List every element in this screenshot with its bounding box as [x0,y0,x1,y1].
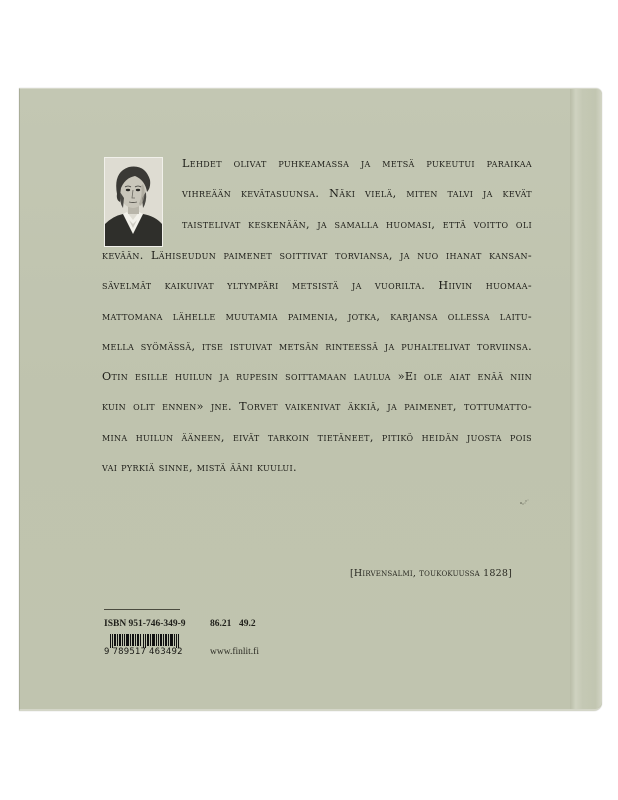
passage-line: kuin olit ennen» jne. Torvet vaikenivat … [102,399,532,429]
isbn-label: ISBN 951-746-349-9 [104,619,186,629]
passage-line: taistelivat keskenään, ja samalla huomas… [182,217,532,247]
passage-signature: [Hirvensalmi, toukokuussa 1828] [350,568,512,579]
publisher-website: www.finlit.fi [210,647,259,657]
passage-line: mella syömässä, itse istuivat metsän rin… [102,339,532,369]
book-spine [570,89,602,709]
book-back-cover: Lehdet olivat puhkeamassa ja metsä pukeu… [19,88,602,711]
passage-line: mina huilun ääneen, eivät tarkoin tietän… [102,430,532,460]
passage-line: vihreään kevätasuunsa. Näki vielä, miten… [182,186,532,216]
passage-line: kevään. Lähiseudun paimenet soittivat to… [102,248,532,278]
passage-line: mattomana lähelle muutamia paimenia, jot… [102,309,532,339]
author-portrait [104,157,163,247]
divider-rule [104,609,180,610]
classification-code: 49.2 [239,619,256,629]
passage-line: sävelmät kaikuivat yltympäri metsistä ja… [102,278,532,308]
passage-text-beside-portrait: Lehdet olivat puhkeamassa ja metsä pukeu… [182,156,532,247]
barcode-digits: 9 789517 463492 [104,647,183,657]
classification-code: 86.21 [210,619,231,629]
cover-smudge [519,498,531,506]
passage-line: Lehdet olivat puhkeamassa ja metsä pukeu… [182,156,532,186]
passage-text-full-width: kevään. Lähiseudun paimenet soittivat to… [102,248,532,490]
passage-line: Otin esille huilun ja rupesin soittamaan… [102,369,532,399]
passage-line: vai pyrkiä sinne, mistä ääni kuului. [102,460,532,490]
barcode [110,634,180,648]
